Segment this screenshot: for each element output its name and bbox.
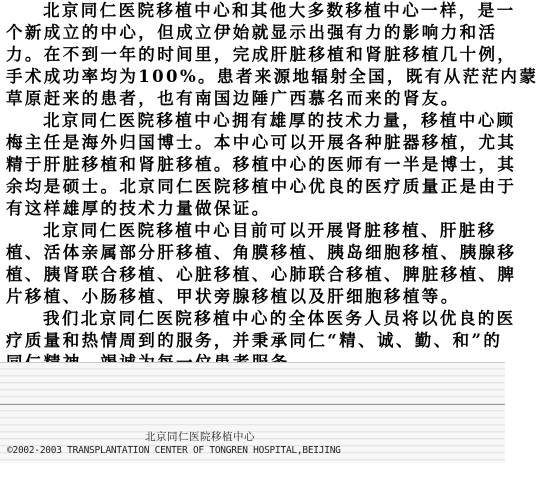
text-line: 个新成立的中心，但成立伊始就显示出强有力的影响力和活 <box>6 22 526 44</box>
text-line: 有这样雄厚的技术力量做保证。 <box>6 198 526 220</box>
footer-org-name: 北京同仁医院移植中心 <box>145 429 255 444</box>
text-line: 疗质量和热情周到的服务，并秉承同仁“精、诚、勤、和”的 <box>6 330 526 352</box>
text-line: 草原赶来的患者，也有南国边陲广西慕名而来的肾友。 <box>6 88 526 110</box>
footer-divider <box>0 404 505 405</box>
text-line: 精于肝脏移植和肾脏移植。移植中心的医师有一半是博士，其 <box>6 154 526 176</box>
footer-copyright: ©2002-2003 TRANSPLANTATION CENTER OF TON… <box>7 445 341 456</box>
page: 北京同仁医院移植中心和其他大多数移植中心一样，是一 个新成立的中心，但成立伊始就… <box>0 0 540 484</box>
article-body: 北京同仁医院移植中心和其他大多数移植中心一样，是一 个新成立的中心，但成立伊始就… <box>6 0 526 374</box>
paragraph-services: 北京同仁医院移植中心目前可以开展肾脏移植、肝脏移 植、活体亲属部分肝移植、角膜移… <box>6 220 526 308</box>
text-line: 植、胰肾联合移植、心脏移植、心肺联合移植、脾脏移植、脾 <box>6 264 526 286</box>
paragraph-intro: 北京同仁医院移植中心和其他大多数移植中心一样，是一 个新成立的中心，但成立伊始就… <box>6 0 526 110</box>
text-line: 力。在不到一年的时间里，完成肝脏移植和肾脏移植几十例， <box>6 44 526 66</box>
text-line: 北京同仁医院移植中心拥有雄厚的技术力量，移植中心顾 <box>6 110 526 132</box>
text-line: 片移植、小肠移植、甲状旁腺移植以及肝细胞移植等。 <box>6 286 526 308</box>
page-footer: 北京同仁医院移植中心 ©2002-2003 TRANSPLANTATION CE… <box>0 362 505 463</box>
text-line: 余均是硕士。北京同仁医院移植中心优良的医疗质量正是由于 <box>6 176 526 198</box>
paragraph-technical-strength: 北京同仁医院移植中心拥有雄厚的技术力量，移植中心顾 梅主任是海外归国博士。本中心… <box>6 110 526 220</box>
text-line: 北京同仁医院移植中心目前可以开展肾脏移植、肝脏移 <box>6 220 526 242</box>
text-line: 北京同仁医院移植中心和其他大多数移植中心一样，是一 <box>6 0 526 22</box>
text-line: 植、活体亲属部分肝移植、角膜移植、胰岛细胞移植、胰腺移 <box>6 242 526 264</box>
text-line: 我们北京同仁医院移植中心的全体医务人员将以优良的医 <box>6 308 526 330</box>
text-line: 手术成功率均为100%。患者来源地辐射全国，既有从茫茫内蒙 <box>6 66 526 88</box>
text-line: 梅主任是海外归国博士。本中心可以开展各种脏器移植，尤其 <box>6 132 526 154</box>
